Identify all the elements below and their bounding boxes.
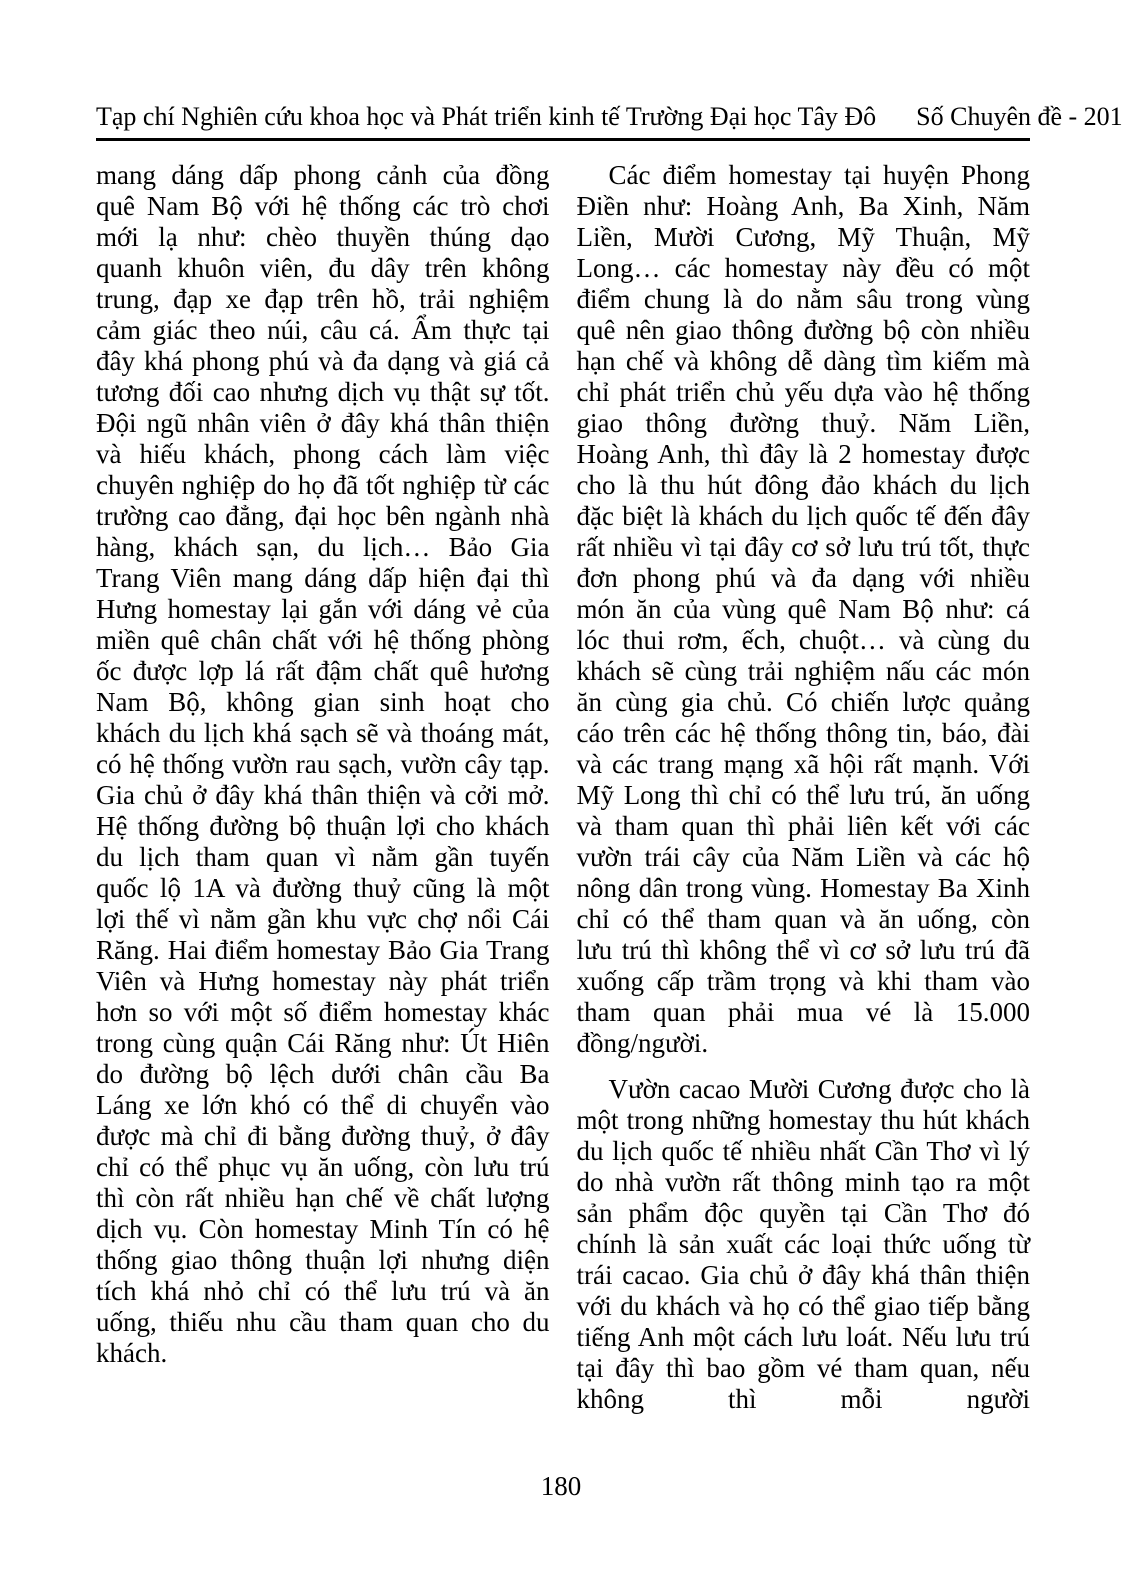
paragraph-left-continuation: mang dáng dấp phong cảnh của đồng quê Na… (96, 160, 550, 1369)
paragraph-vuon-cacao-muoi-cuong: Vườn cacao Mười Cương được cho là một tr… (577, 1074, 1031, 1415)
left-column: mang dáng dấp phong cảnh của đồng quê Na… (96, 160, 550, 1415)
journal-title: Tạp chí Nghiên cứu khoa học và Phát triể… (96, 102, 876, 132)
right-column: Các điểm homestay tại huyện Phong Điền n… (577, 160, 1031, 1415)
paragraph-phong-dien-homestays: Các điểm homestay tại huyện Phong Điền n… (577, 160, 1031, 1059)
page-header: Tạp chí Nghiên cứu khoa học và Phát triể… (96, 102, 1030, 141)
issue-label: Số Chuyên đề - 2019 (916, 102, 1122, 132)
journal-page: Tạp chí Nghiên cứu khoa học và Phát triể… (0, 0, 1122, 1594)
page-footer: 180 (0, 1471, 1122, 1502)
article-body: mang dáng dấp phong cảnh của đồng quê Na… (96, 160, 1030, 1415)
page-number: 180 (541, 1471, 582, 1501)
